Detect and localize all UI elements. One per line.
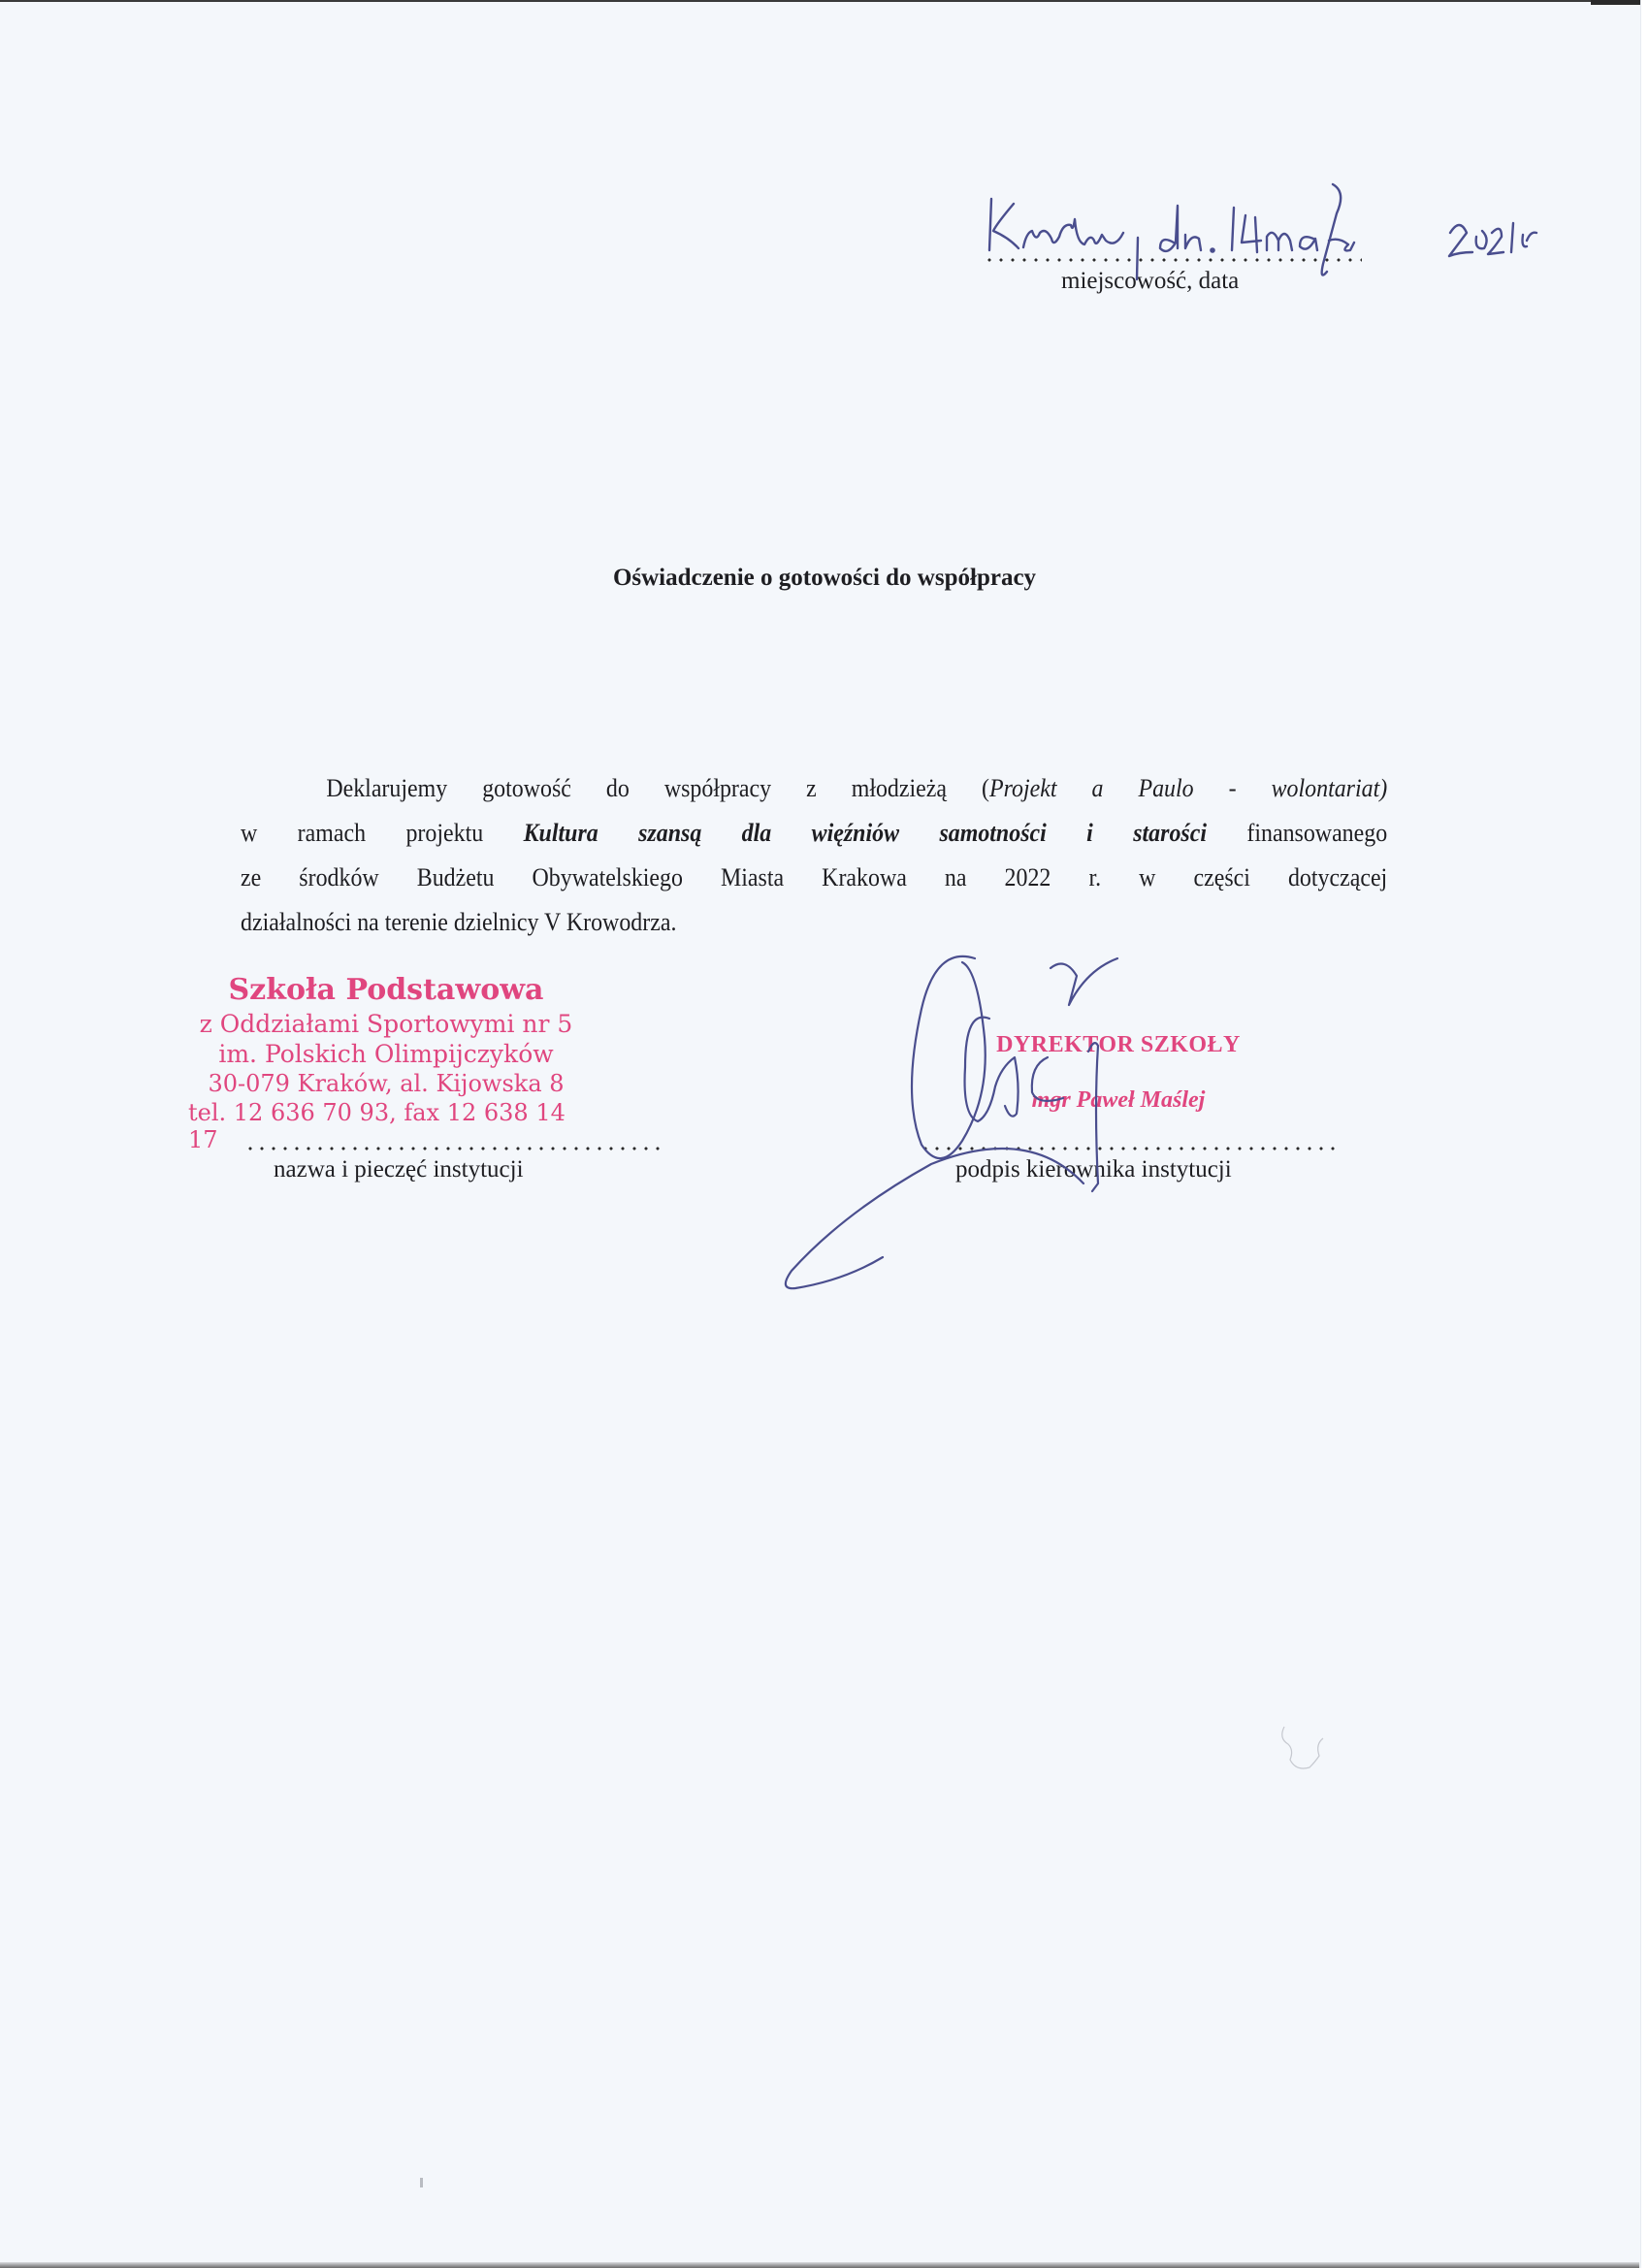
signature-label: podpis kierownika instytucji [955, 1156, 1232, 1183]
text-span: finansowanego [1207, 819, 1387, 847]
project-name-italic: Projekt a Paulo - wolontariat) [989, 774, 1387, 802]
institution-dotted-line [244, 1147, 662, 1150]
scan-speck [420, 2178, 423, 2187]
stamp-line: im. Polskich Olimpijczyków [182, 1039, 590, 1069]
stamp-phone-fax: tel. 12 636 70 93, fax 12 638 14 17 [182, 1099, 590, 1153]
stamp-school-name: Szkoła Podstawowa [182, 972, 590, 1009]
declaration-paragraph: Deklarujemy gotowość do współpracy z mło… [241, 766, 1387, 945]
project-title-bold-italic: Kultura szansą dla więźniów samotności i… [524, 819, 1207, 847]
document-title: Oświadczenie o gotowości do współpracy [0, 565, 1649, 592]
institution-label: nazwa i pieczęć instytucji [274, 1156, 524, 1183]
ink-smudge [1271, 1717, 1348, 1795]
director-stamp: DYREKTOR SZKOŁY mgr Paweł Maślej [968, 1032, 1269, 1114]
date-place-label: miejscowość, data [1061, 268, 1239, 295]
handwritten-signature [757, 951, 1377, 1319]
scan-edge-right [1640, 0, 1649, 2268]
paragraph-line-1: Deklarujemy gotowość do współpracy z mło… [241, 766, 1387, 811]
text-span: w ramach projektu [241, 819, 524, 847]
text-span: Deklarujemy gotowość do współpracy z mło… [326, 774, 989, 802]
stamp-address: 30-079 Kraków, al. Kijowska 8 [182, 1069, 590, 1099]
signature-dotted-line [920, 1147, 1342, 1150]
paragraph-line-4: działalności na terenie dzielnicy V Krow… [241, 900, 1387, 945]
director-name: mgr Paweł Maślej [968, 1087, 1269, 1114]
stamp-line: z Oddziałami Sportowymi nr 5 [182, 1009, 590, 1039]
paragraph-line-2: w ramach projektu Kultura szansą dla wię… [241, 811, 1387, 856]
paragraph-line-3: ze środków Budżetu Obywatelskiego Miasta… [241, 856, 1387, 900]
scan-edge-top [0, 0, 1649, 2]
dotted-line [984, 258, 1362, 262]
scan-edge-bottom [0, 2262, 1639, 2268]
director-title: DYREKTOR SZKOŁY [968, 1032, 1269, 1058]
institution-stamp: Szkoła Podstawowa z Oddziałami Sportowym… [182, 972, 590, 1153]
date-place-field: miejscowość, data [980, 175, 1562, 330]
